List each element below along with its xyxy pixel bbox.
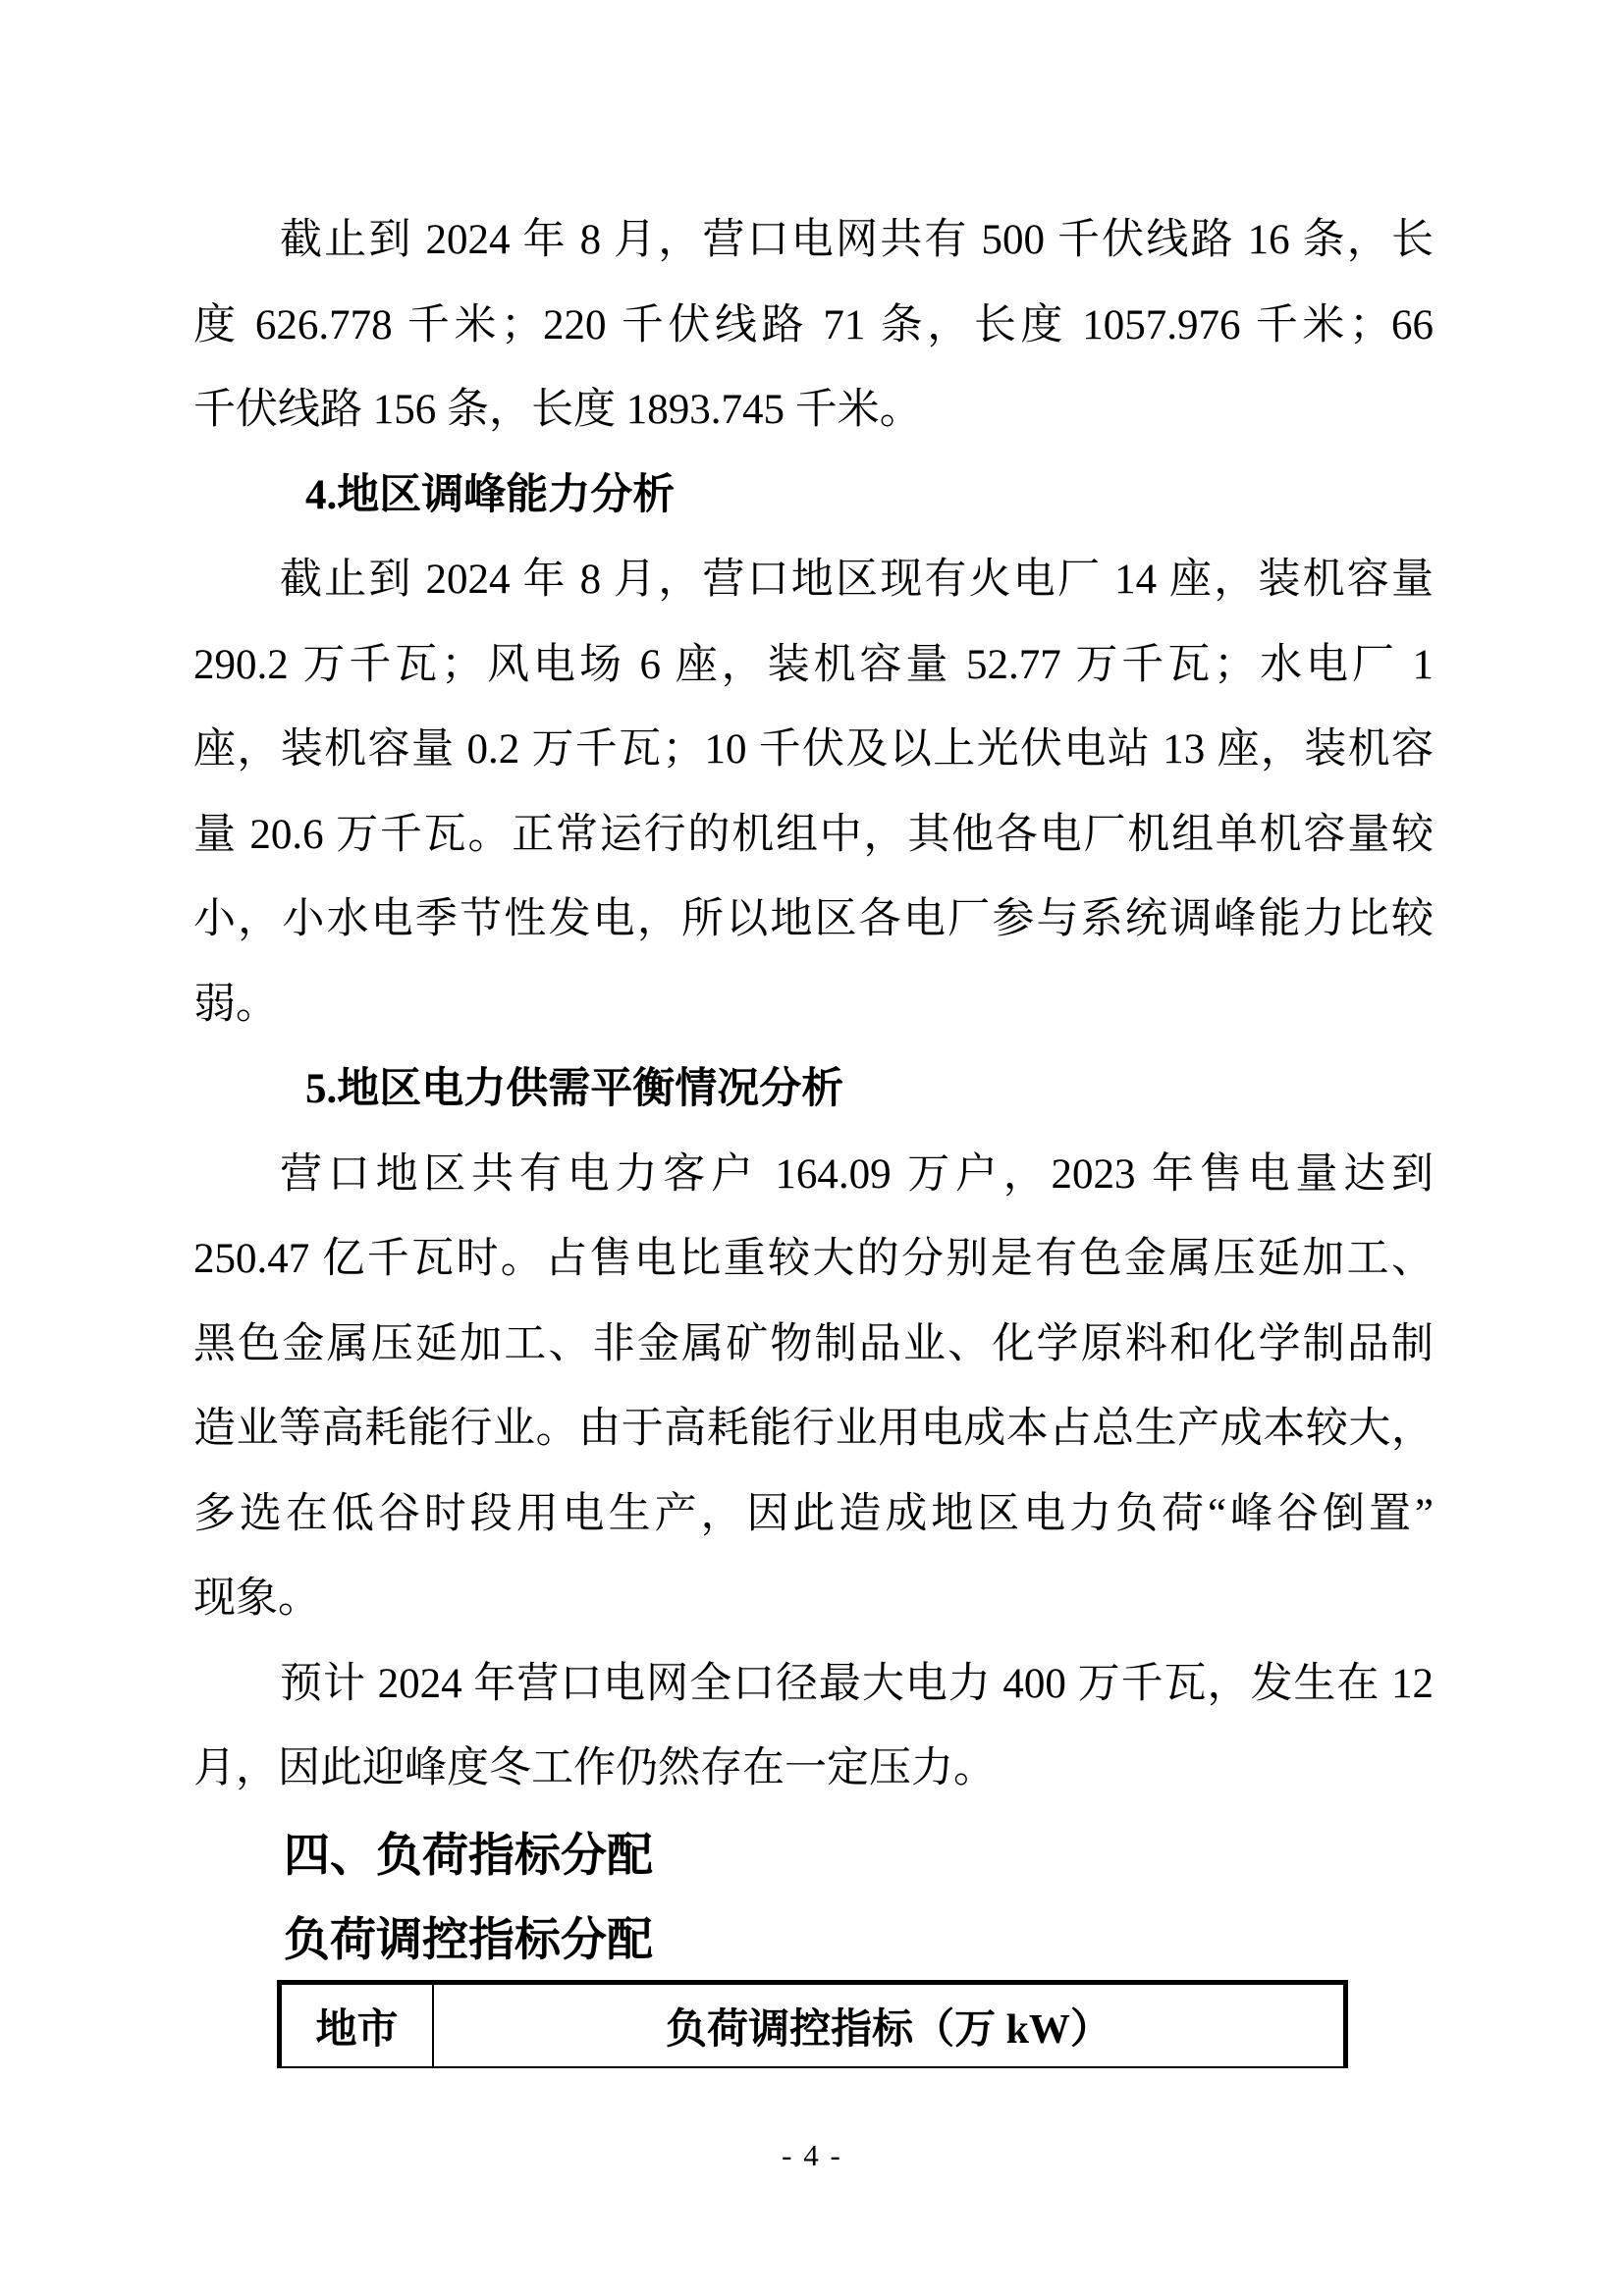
text-line-12: 250.47 亿千瓦时。占售电比重较大的分别是有色金属压延加工、 (193, 1235, 1434, 1283)
text-line-6: 座，装机容量 0.2 万千瓦；10 千伏及以上光伏电站 13 座，装机容 (193, 725, 1434, 774)
load-control-table: 地市 负荷调控指标（万 kW） (277, 1980, 1348, 2068)
text-line-15: 多选在低谷时段用电生产，因此造成地区电力负荷“峰谷倒置” (193, 1490, 1434, 1538)
text-line-14: 造业等高耗能行业。由于高耗能行业用电成本占总生产成本较大， (193, 1405, 1434, 1453)
text-line-20: 负荷调控指标分配 (193, 1914, 1434, 1967)
text-line-16: 现象。 (193, 1575, 1434, 1623)
text-line-18: 月，因此迎峰度冬工作仍然存在一定压力。 (193, 1744, 1434, 1792)
text-line-5: 290.2 万千瓦；风电场 6 座，装机容量 52.77 万千瓦；水电厂 1 (193, 641, 1434, 689)
text-line-11: 营口地区共有电力客户 164.09 万户，2023 年售电量达到 (193, 1150, 1434, 1199)
text-line-3: 4.地区调峰能力分析 (193, 471, 1434, 519)
text-line-4: 截止到 2024 年 8 月，营口地区现有火电厂 14 座，装机容量 (193, 556, 1434, 604)
text-line-19: 四、负荷指标分配 (193, 1830, 1434, 1883)
text-line-9: 弱。 (193, 981, 1434, 1029)
table-header-indicator: 负荷调控指标（万 kW） (434, 1985, 1343, 2066)
text-line-0: 截止到 2024 年 8 月，营口电网共有 500 千伏线路 16 条，长 (193, 216, 1434, 264)
text-line-2: 千伏线路 156 条，长度 1893.745 千米。 (193, 386, 1434, 434)
text-line-1: 度 626.778 千米；220 千伏线路 71 条，长度 1057.976 千… (193, 301, 1434, 349)
text-line-13: 黑色金属压延加工、非金属矿物制品业、化学原料和化学制品制 (193, 1320, 1434, 1368)
document-page: 截止到 2024 年 8 月，营口电网共有 500 千伏线路 16 条，长度 6… (0, 0, 1624, 2296)
text-line-7: 量 20.6 万千瓦。正常运行的机组中，其他各电厂机组单机容量较 (193, 811, 1434, 859)
table-header-city: 地市 (282, 1985, 434, 2066)
text-line-10: 5.地区电力供需平衡情况分析 (193, 1065, 1434, 1113)
page-number: - 4 - (0, 2138, 1624, 2173)
text-line-17: 预计 2024 年营口电网全口径最大电力 400 万千瓦，发生在 12 (193, 1660, 1434, 1708)
text-line-8: 小，小水电季节性发电，所以地区各电厂参与系统调峰能力比较 (193, 895, 1434, 943)
